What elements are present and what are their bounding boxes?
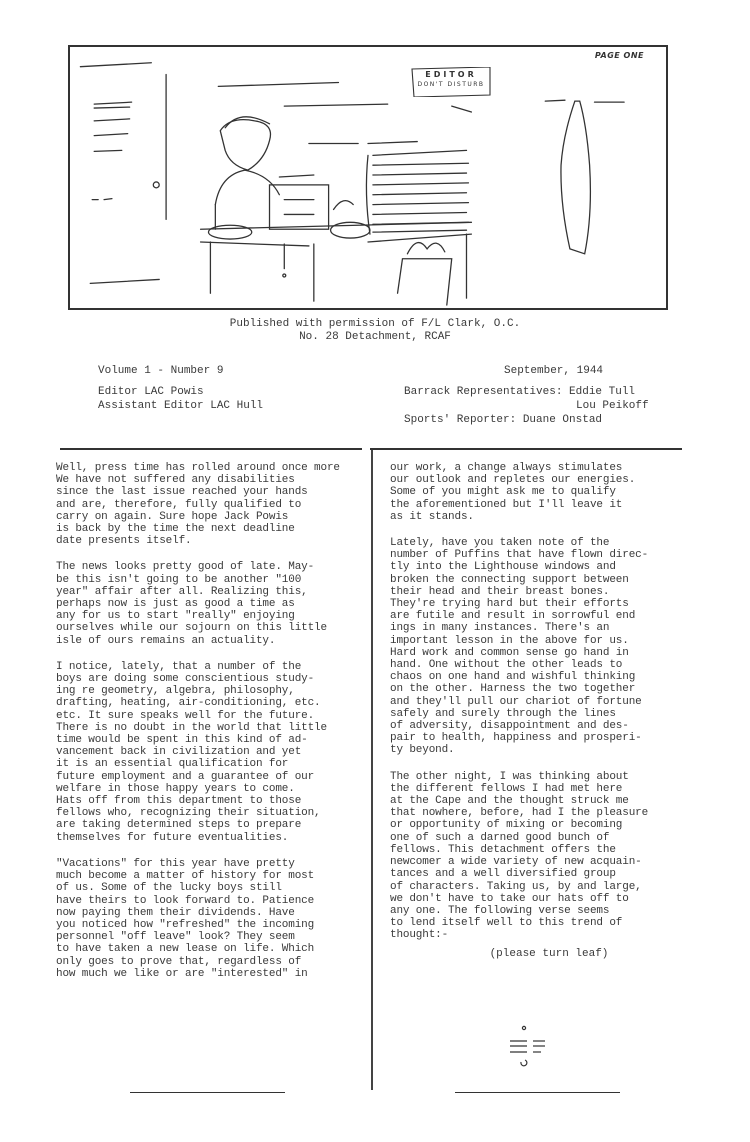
assistant-editor-credit: Assistant Editor LAC Hull xyxy=(98,399,263,413)
turn-leaf-note: (please turn leaf) xyxy=(390,948,708,960)
editor-desk-drawing xyxy=(70,47,666,308)
sports-reporter: Sports' Reporter: Duane Onstad xyxy=(404,413,602,427)
volume-number: Volume 1 - Number 9 xyxy=(98,364,223,378)
left-column: Well, press time has rolled around once … xyxy=(56,462,374,994)
header-rule-left xyxy=(60,448,362,450)
header-rule-right xyxy=(370,448,682,450)
footer-rule-right xyxy=(455,1092,620,1093)
paragraph-news: The news looks pretty good of late. May-… xyxy=(56,561,374,646)
issue-date: September, 1944 xyxy=(504,364,603,378)
permission-line-2: No. 28 Detachment, RCAF xyxy=(0,331,750,344)
paragraph-our-work: our work, a change always stimulates our… xyxy=(390,462,708,523)
footer-rule-left xyxy=(130,1092,285,1093)
paragraph-studying: I notice, lately, that a number of the b… xyxy=(56,661,374,844)
barrack-representatives: Barrack Representatives: Eddie Tull xyxy=(404,385,635,399)
ornament-icon xyxy=(505,1024,555,1074)
permission-line-1: Published with permission of F/L Clark, … xyxy=(0,318,750,331)
right-column: our work, a change always stimulates our… xyxy=(390,462,708,960)
page-label: PAGE ONE xyxy=(595,51,644,60)
paragraph-other-night: The other night, I was thinking about th… xyxy=(390,771,708,942)
editor-credit: Editor LAC Powis xyxy=(98,385,204,399)
barrack-representative-second: Lou Peikoff xyxy=(576,399,649,413)
paragraph-vacations: "Vacations" for this year have pretty mu… xyxy=(56,858,374,980)
masthead-cartoon: EDITOR DON'T DISTURB PAGE ONE xyxy=(68,45,668,310)
paragraph-puffins: Lately, have you taken note of the numbe… xyxy=(390,537,708,757)
editor-sign: EDITOR DON'T DISTURB xyxy=(410,67,492,97)
paragraph-press-time: Well, press time has rolled around once … xyxy=(56,462,374,547)
